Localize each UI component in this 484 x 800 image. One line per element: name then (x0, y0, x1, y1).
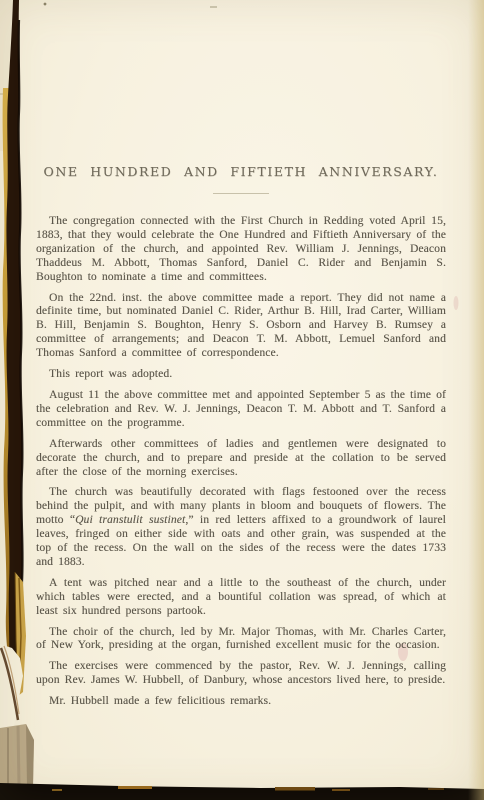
page-edge-shading (468, 0, 484, 800)
scanned-page: ONE HUNDRED AND FIFTIETH ANNIVERSARY. Th… (0, 0, 484, 800)
page-content: ONE HUNDRED AND FIFTIETH ANNIVERSARY. Th… (36, 164, 446, 716)
paragraph-6: The church was beautifully decorated wit… (36, 486, 446, 569)
paragraph-10: Mr. Hubbell made a few felicitious remar… (36, 695, 446, 709)
paragraph-2: On the 22nd. inst. the above committee m… (36, 292, 446, 362)
tan-spine-block (0, 724, 34, 786)
torn-edge-gold-ribbon (3, 88, 17, 672)
torn-edge-inner-line (16, 20, 23, 658)
paragraph-7: A tent was pitched near and a little to … (36, 577, 446, 619)
heading-divider (213, 193, 269, 194)
paragraph-5: Afterwards other committees of ladies an… (36, 438, 446, 480)
torn-page-edge (6, 0, 22, 666)
latin-motto: Qui transtulit sustinet (75, 514, 185, 526)
underlying-page-strip (0, 0, 13, 151)
paragraph-9: The exercises were commenced by the past… (36, 660, 446, 688)
white-torn-flap (0, 644, 23, 734)
paragraph-8: The choir of the church, led by Mr. Majo… (36, 626, 446, 654)
gold-fold-strip (15, 572, 26, 696)
page-title: ONE HUNDRED AND FIFTIETH ANNIVERSARY. (36, 164, 446, 179)
paragraph-3: This report was adopted. (36, 368, 446, 382)
paragraph-4: August 11 the above committee met and ap… (36, 389, 446, 431)
paragraph-1: The congregation connected with the Firs… (36, 215, 446, 285)
bottom-scan-band (0, 783, 484, 800)
